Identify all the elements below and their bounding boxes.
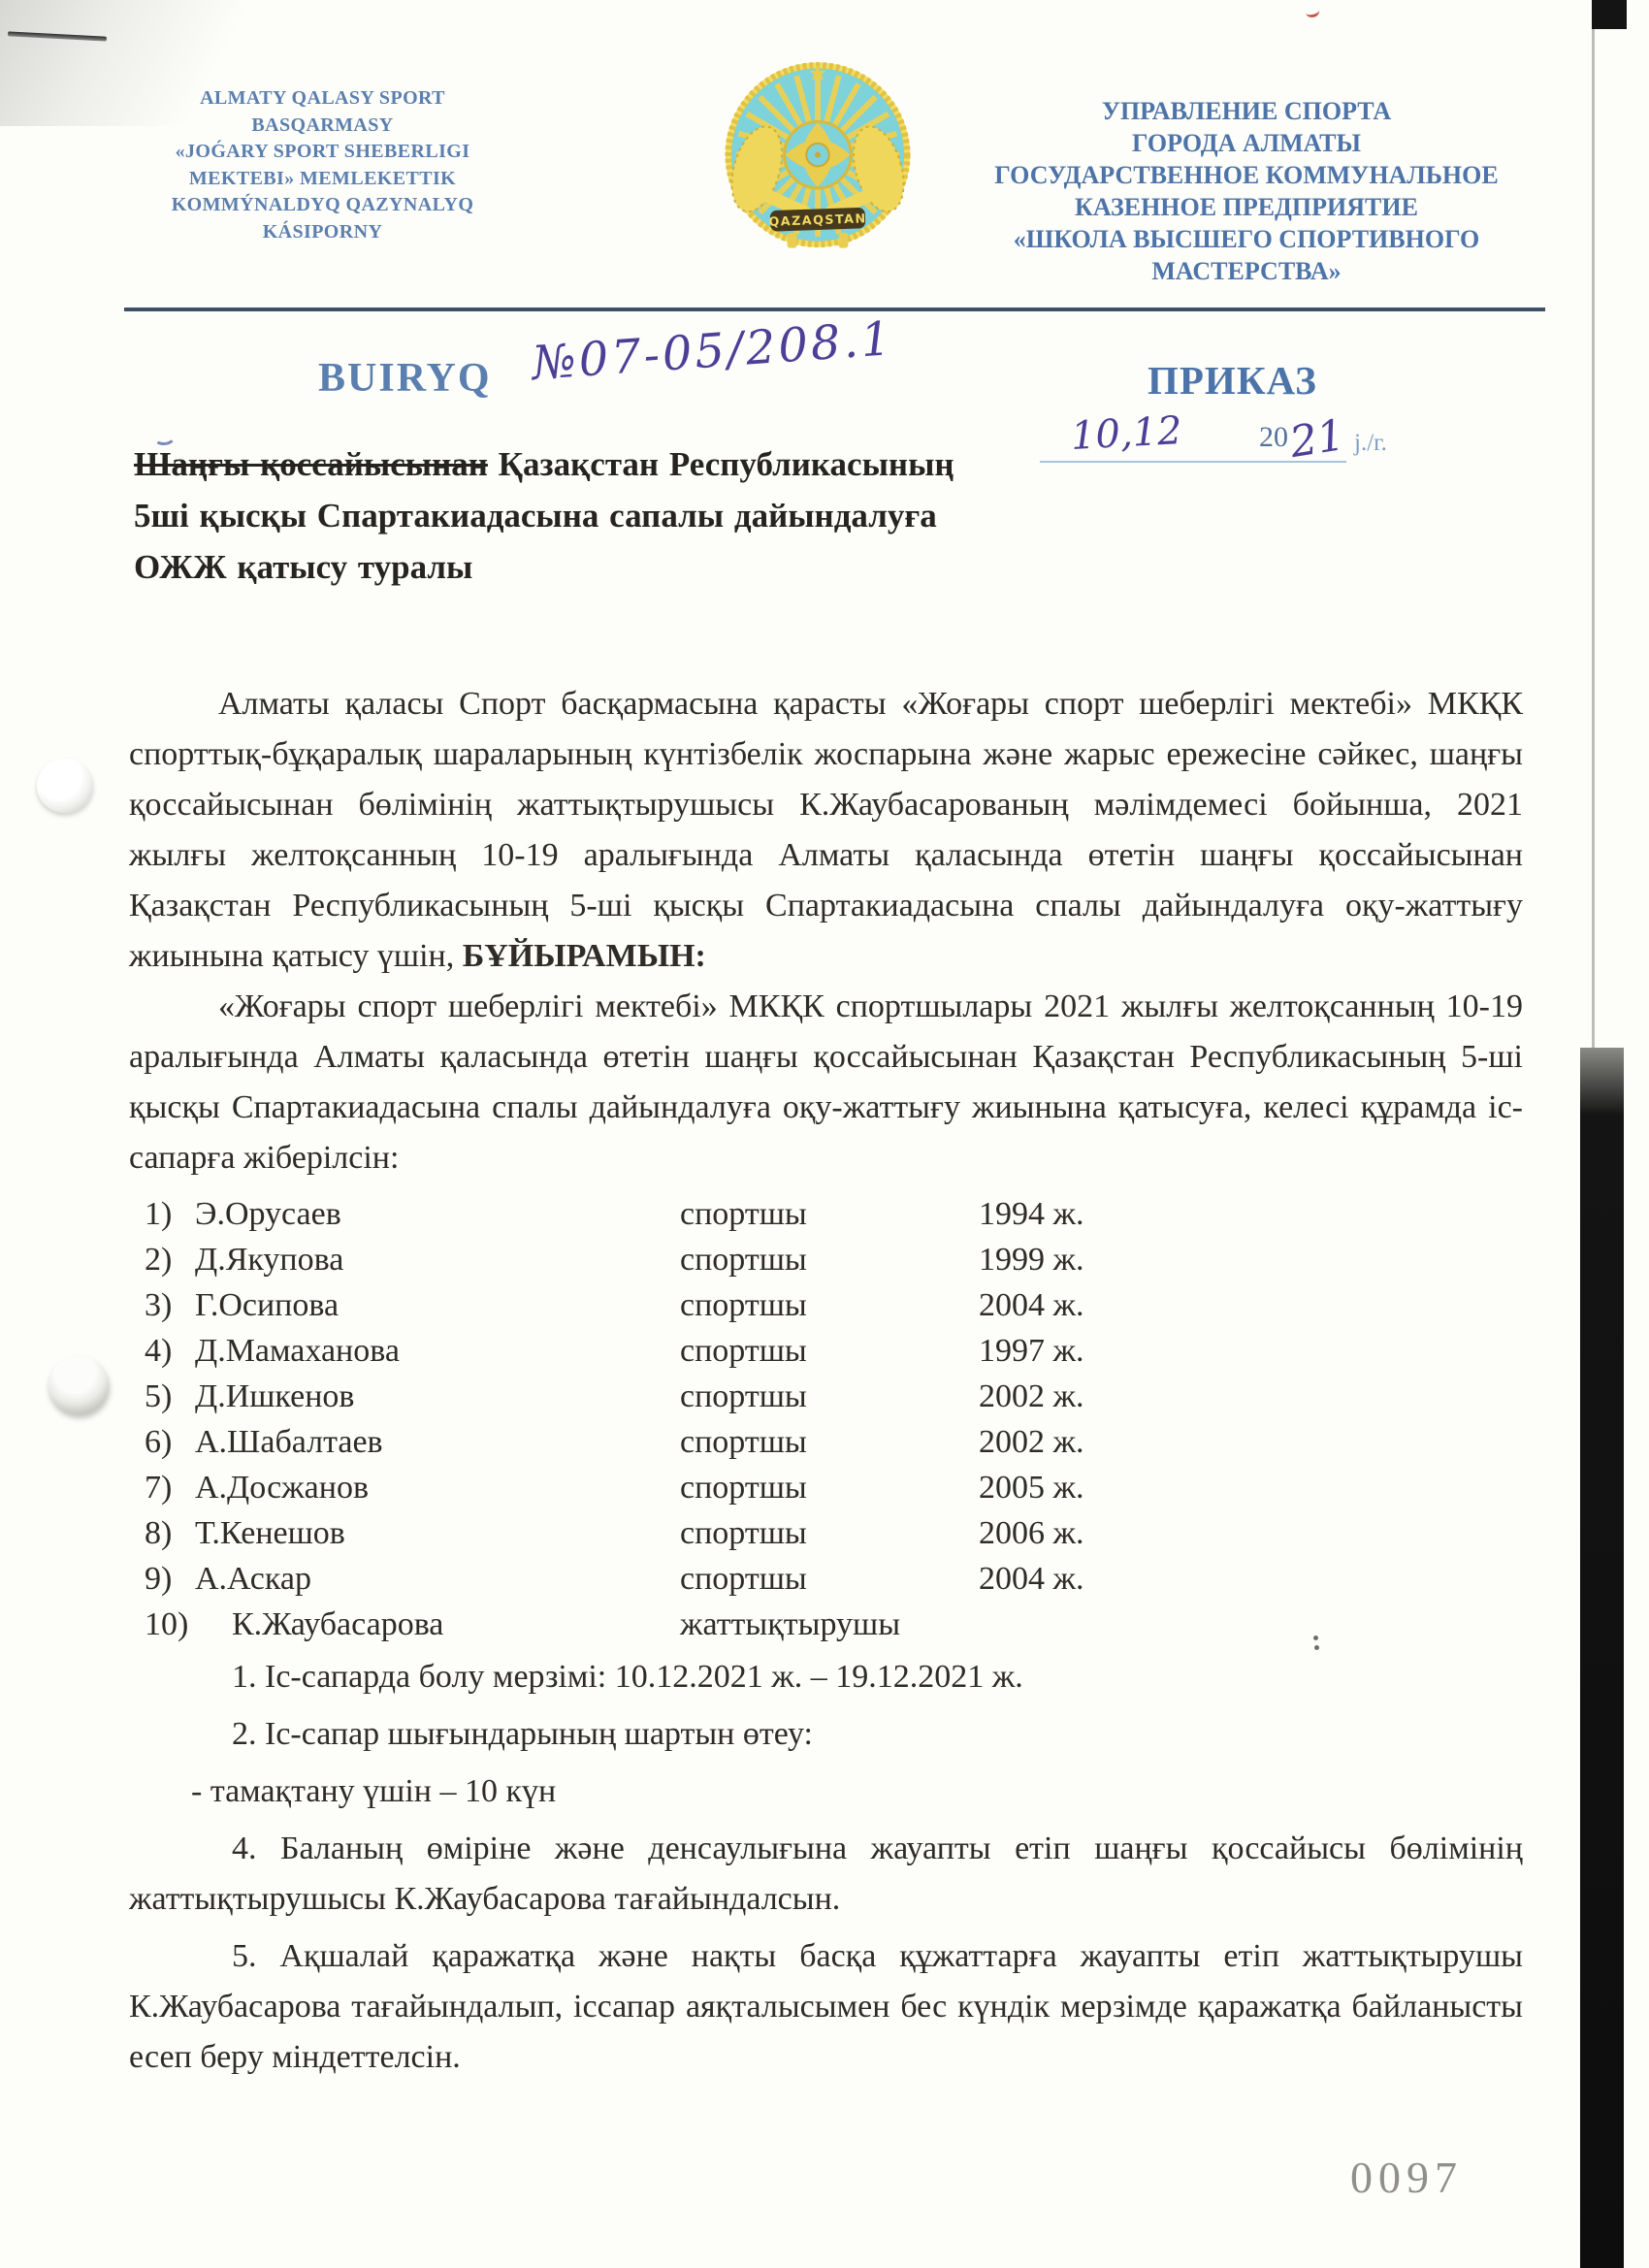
- roster-year: 2005 ж.: [979, 1463, 1084, 1513]
- paragraph-1-text: Алматы қаласы Спорт басқармасына қарасты…: [129, 686, 1523, 974]
- clause-finance-report: 5. Ақшалай қаражатқа және нақты басқа құ…: [129, 1931, 1523, 2083]
- kazakhstan-emblem: QAZAQSTAN: [723, 56, 913, 267]
- org-right-line: УПРАВЛЕНИЕ СПОРТА: [955, 95, 1537, 127]
- subject-line-1-rest: Қазақстан Республикасының: [488, 445, 954, 483]
- clause-trip-expenses: 2. Іс-сапар шығындарының шартын өтеу:: [232, 1709, 1523, 1760]
- roster-name: К.Жаубасарова: [232, 1600, 443, 1650]
- scan-edge-black-bar: [1580, 1048, 1624, 2268]
- org-left-line: KOMMÝNALDYQ QAZYNALYQ: [155, 192, 490, 219]
- org-name-russian: УПРАВЛЕНИЕ СПОРТА ГОРОДА АЛМАТЫ ГОСУДАРС…: [955, 95, 1537, 287]
- roster-role: спортшы: [680, 1508, 807, 1559]
- roster-role: спортшы: [680, 1463, 807, 1513]
- org-left-line: ALMATY QALASY SPORT: [155, 85, 490, 113]
- roster-role: жаттықтырушы: [680, 1600, 900, 1650]
- athlete-roster: 1)Э.Орусаевспортшы1994 ж. 2)Д.Якуповаспо…: [129, 1189, 1523, 1645]
- scan-corner-black-block: [1592, 0, 1627, 29]
- roster-row: 1)Э.Орусаевспортшы1994 ж.: [129, 1189, 1523, 1235]
- date-suffix-label: j./г.: [1354, 430, 1387, 463]
- roster-row: 5)Д.Ишкеновспортшы2002 ж.: [129, 1372, 1523, 1417]
- roster-row: 8)Т.Кенешовспортшы2006 ж.: [129, 1508, 1523, 1554]
- roster-role: спортшы: [680, 1326, 807, 1377]
- org-left-line: MEKTEBI» MEMLEKETTIK: [155, 166, 490, 193]
- roster-row: 6)А.Шабалтаевспортшы2002 ж.: [129, 1417, 1523, 1463]
- clause-meals: - тамақтану үшін – 10 күн: [191, 1766, 1523, 1817]
- roster-number: 6): [145, 1417, 172, 1468]
- roster-name: Д.Ишкенов: [195, 1372, 354, 1422]
- roster-row: 9)А.Аскарспортшы2004 ж.: [129, 1554, 1523, 1600]
- roster-number: 5): [145, 1372, 172, 1422]
- org-right-line: КАЗЕННОЕ ПРЕДПРИЯТИЕ: [955, 191, 1537, 223]
- date-year-handwritten: 21: [1286, 410, 1347, 468]
- subject-line-2: 5ші қысқы Спартакиадасына сапалы дайында…: [134, 490, 1065, 541]
- order-number-handwritten: №07-05/208.1: [531, 311, 895, 391]
- roster-number: 1): [145, 1189, 172, 1240]
- order-clauses: 1. Іс-сапарда болу мерзімі: 10.12.2021 ж…: [129, 1652, 1523, 2083]
- order-subject: Шаңғы қоссайысынан Қазақстан Республикас…: [134, 438, 1065, 593]
- roster-row: 2)Д.Якуповаспортшы1999 ж.: [129, 1235, 1523, 1280]
- roster-year: 1997 ж.: [979, 1326, 1084, 1377]
- hole-punch-top: [37, 759, 93, 813]
- roster-name: Д.Якупова: [195, 1235, 343, 1285]
- org-left-line: «JOǴARY SPORT SHEBERLIGI: [155, 139, 490, 166]
- kazakhstan-emblem-icon: QAZAQSTAN: [723, 56, 913, 262]
- roster-year: 2006 ж.: [979, 1508, 1084, 1559]
- roster-row: 7)А.Досжановспортшы2005 ж.: [129, 1463, 1523, 1508]
- red-pen-mark: [1305, 5, 1320, 19]
- clause-trip-dates: 1. Іс-сапарда болу мерзімі: 10.12.2021 ж…: [232, 1652, 1523, 1702]
- roster-name: А.Аскар: [195, 1554, 311, 1604]
- roster-number: 4): [145, 1326, 172, 1377]
- roster-name: Г.Осипова: [195, 1280, 339, 1331]
- order-title-russian: ПРИКАЗ: [1148, 357, 1317, 404]
- roster-year: 2002 ж.: [979, 1417, 1084, 1468]
- roster-name: А.Досжанов: [195, 1463, 369, 1513]
- scan-edge-line: [1592, 27, 1595, 1057]
- subject-line-3: ОЖЖ қатысу туралы: [134, 541, 1065, 593]
- org-left-line: BASQARMASY: [155, 113, 490, 140]
- body-paragraph-1: Алматы қаласы Спорт басқармасына қарасты…: [129, 679, 1523, 982]
- hole-punch-bottom: [48, 1356, 109, 1414]
- roster-role: спортшы: [680, 1417, 807, 1468]
- roster-row: 10)К.Жаубасароважаттықтырушы: [129, 1600, 1523, 1645]
- roster-number: 10): [145, 1600, 188, 1650]
- document-body: Алматы қаласы Спорт басқармасына қарасты…: [129, 679, 1523, 2090]
- roster-number: 2): [145, 1235, 172, 1285]
- date-day-handwritten: 10,12: [1070, 408, 1183, 459]
- roster-role: спортшы: [680, 1189, 807, 1240]
- page-number: 0097: [1350, 2152, 1463, 2203]
- org-right-line: «ШКОЛА ВЫСШЕГО СПОРТИВНОГО: [955, 223, 1537, 255]
- org-name-kazakh-latin: ALMATY QALASY SPORT BASQARMASY «JOǴARY S…: [155, 85, 490, 245]
- body-paragraph-2: «Жоғары спорт шеберлігі мектебі» МКҚК сп…: [129, 982, 1523, 1183]
- roster-year: 1999 ж.: [979, 1235, 1084, 1285]
- roster-role: спортшы: [680, 1554, 807, 1604]
- org-right-line: МАСТЕРСТВА»: [955, 255, 1537, 287]
- roster-year: 2004 ж.: [979, 1554, 1084, 1604]
- scanned-order-document: ALMATY QALASY SPORT BASQARMASY «JOǴARY S…: [0, 0, 1649, 2268]
- subject-line-1: Шаңғы қоссайысынан Қазақстан Республикас…: [134, 438, 1065, 490]
- roster-role: спортшы: [680, 1372, 807, 1422]
- order-title-kazakh: BUIRYQ: [318, 355, 492, 402]
- org-right-line: ГОСУДАРСТВЕННОЕ КОММУНАЛЬНОЕ: [955, 159, 1537, 191]
- roster-year: 2002 ж.: [979, 1372, 1084, 1422]
- roster-name: Т.Кенешов: [195, 1508, 345, 1559]
- roster-year: 1994 ж.: [979, 1189, 1084, 1240]
- roster-name: А.Шабалтаев: [195, 1417, 383, 1468]
- order-date: 10,12 20 21 j./г.: [1040, 411, 1387, 463]
- roster-number: 8): [145, 1508, 172, 1559]
- subject-struck-text: Шаңғы қоссайысынан: [134, 445, 488, 483]
- date-underline: 10,12 20 21: [1040, 411, 1346, 463]
- roster-row: 4)Д.Мамахановаспортшы1997 ж.: [129, 1326, 1523, 1372]
- roster-role: спортшы: [680, 1280, 807, 1331]
- roster-row: 3)Г.Осиповаспортшы2004 ж.: [129, 1280, 1523, 1326]
- paragraph-1-order-word: БҰЙЫРАМЫН:: [463, 938, 706, 974]
- org-right-line: ГОРОДА АЛМАТЫ: [955, 127, 1537, 159]
- org-left-line: KÁSIPORNY: [155, 219, 490, 246]
- clause-responsibility: 4. Баланың өміріне және денсаулығына жау…: [129, 1824, 1523, 1925]
- date-year-prefix: 20: [1259, 421, 1288, 456]
- roster-number: 7): [145, 1463, 172, 1513]
- roster-number: 9): [145, 1554, 172, 1604]
- roster-role: спортшы: [680, 1235, 807, 1285]
- header-divider: [124, 308, 1545, 311]
- roster-year: 2004 ж.: [979, 1280, 1084, 1331]
- roster-number: 3): [145, 1280, 172, 1331]
- roster-name: Э.Орусаев: [195, 1189, 341, 1240]
- roster-name: Д.Мамаханова: [195, 1326, 400, 1377]
